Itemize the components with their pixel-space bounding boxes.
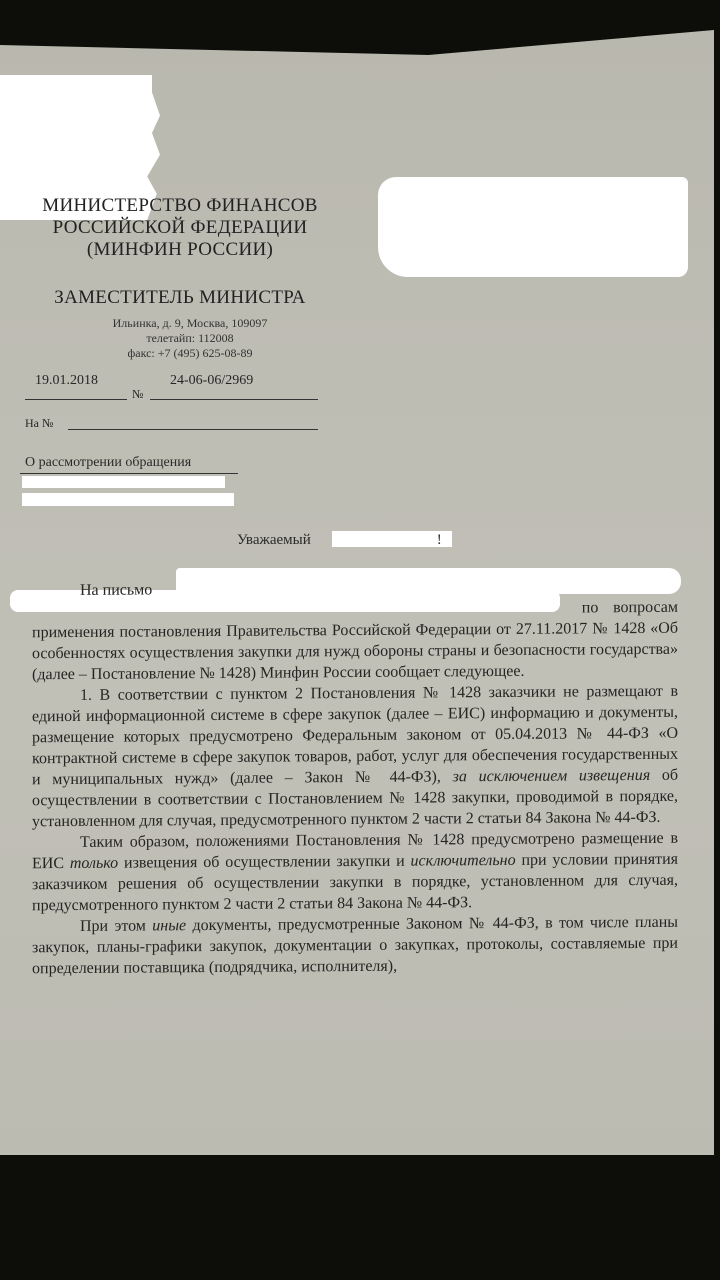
paragraph-3: При этом иные документы, предусмотренные… <box>32 912 678 980</box>
paragraph-1: 1. В соответствии с пунктом 2 Постановле… <box>32 681 678 833</box>
ministry-contacts: Ильинка, д. 9, Москва, 109097 телетайп: … <box>60 316 320 361</box>
redaction-subject-line-1 <box>22 476 225 488</box>
subject-underline <box>20 473 238 474</box>
salutation: Уважаемый! <box>237 532 442 549</box>
letter-date: 19.01.2018 <box>35 373 98 389</box>
letter-body: На письмо по вопросам применения постано… <box>32 576 678 980</box>
redaction-addressee <box>378 177 688 277</box>
letter-number: 24-06-06/2969 <box>170 373 253 389</box>
redaction-subject-line-2 <box>22 493 234 506</box>
salutation-prefix: Уважаемый <box>237 532 311 548</box>
salutation-suffix: ! <box>437 532 442 548</box>
reply-to-label: На № <box>25 416 53 431</box>
position-title: ЗАМЕСТИТЕЛЬ МИНИСТРА <box>30 287 330 309</box>
letterhead: МИНИСТЕРСТВО ФИНАНСОВ РОССИЙСКОЙ ФЕДЕРАЦ… <box>30 195 330 309</box>
paragraph-intro: На письмо по вопросам применения постано… <box>32 576 678 686</box>
reply-to-underline <box>68 429 318 430</box>
fax: факс: +7 (495) 625-08-89 <box>60 346 320 361</box>
ministry-name-line-3: (МИНФИН РОССИИ) <box>30 239 330 261</box>
teletype: телетайп: 112008 <box>60 331 320 346</box>
number-underline <box>150 399 318 400</box>
ministry-name-line-1: МИНИСТЕРСТВО ФИНАНСОВ <box>30 195 330 217</box>
number-sign: № <box>132 387 143 402</box>
letter-subject: О рассмотрении обращения <box>25 455 191 471</box>
paragraph-2: Таким образом, положениями Постановления… <box>32 828 678 917</box>
address: Ильинка, д. 9, Москва, 109097 <box>60 316 320 331</box>
date-underline <box>25 399 127 400</box>
ministry-name-line-2: РОССИЙСКОЙ ФЕДЕРАЦИИ <box>30 217 330 239</box>
